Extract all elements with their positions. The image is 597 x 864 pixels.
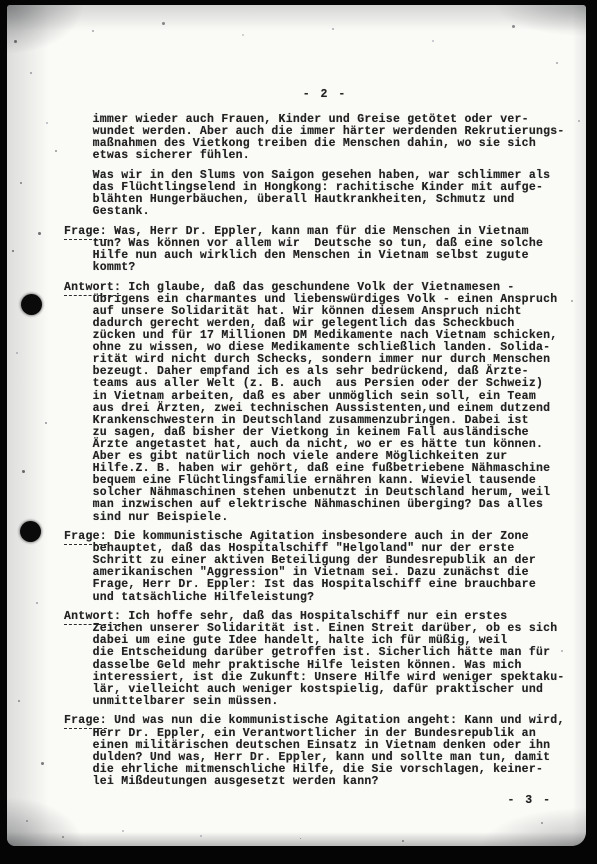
block-text: Ich hoffe sehr, daß das Hospitalschiff n… <box>64 610 565 708</box>
document-body: immer wieder auch Frauen, Kinder und Gre… <box>64 114 586 788</box>
block-text: Und was nun die kommunistische Agitation… <box>64 714 565 787</box>
page-number-bottom: - 3 - <box>64 795 586 807</box>
paragraph-block: Was wir in den Slums von Saigon gesehen … <box>64 170 586 218</box>
block-text: Ich glaube, daß das geschundene Volk der… <box>64 281 557 524</box>
question-block: Frage: Was, Herr Dr. Eppler, kann man fü… <box>64 226 586 274</box>
block-text: Die kommunistische Agitation insbesonder… <box>64 530 536 603</box>
answer-block: Antwort: Ich glaube, daß das geschundene… <box>64 282 586 524</box>
paper-page: - 2 - immer wieder auch Frauen, Kinder u… <box>7 5 586 846</box>
scanned-document: - 2 - immer wieder auch Frauen, Kinder u… <box>0 0 597 864</box>
question-block: Frage: Die kommunistische Agitation insb… <box>64 531 586 604</box>
paragraph-block: immer wieder auch Frauen, Kinder und Gre… <box>64 114 586 162</box>
block-text: immer wieder auch Frauen, Kinder und Gre… <box>64 113 565 162</box>
question-block: Frage: Und was nun die kommunistische Ag… <box>64 715 586 788</box>
page-number-top: - 2 - <box>64 89 586 101</box>
block-text: Was, Herr Dr. Eppler, kann man für die M… <box>64 225 543 274</box>
hole-punch-top <box>21 294 42 315</box>
answer-block: Antwort: Ich hoffe sehr, daß das Hospita… <box>64 611 586 708</box>
page-content: - 2 - immer wieder auch Frauen, Kinder u… <box>64 89 586 808</box>
block-text: Was wir in den Slums von Saigon gesehen … <box>64 169 550 218</box>
hole-punch-bottom <box>20 521 41 542</box>
